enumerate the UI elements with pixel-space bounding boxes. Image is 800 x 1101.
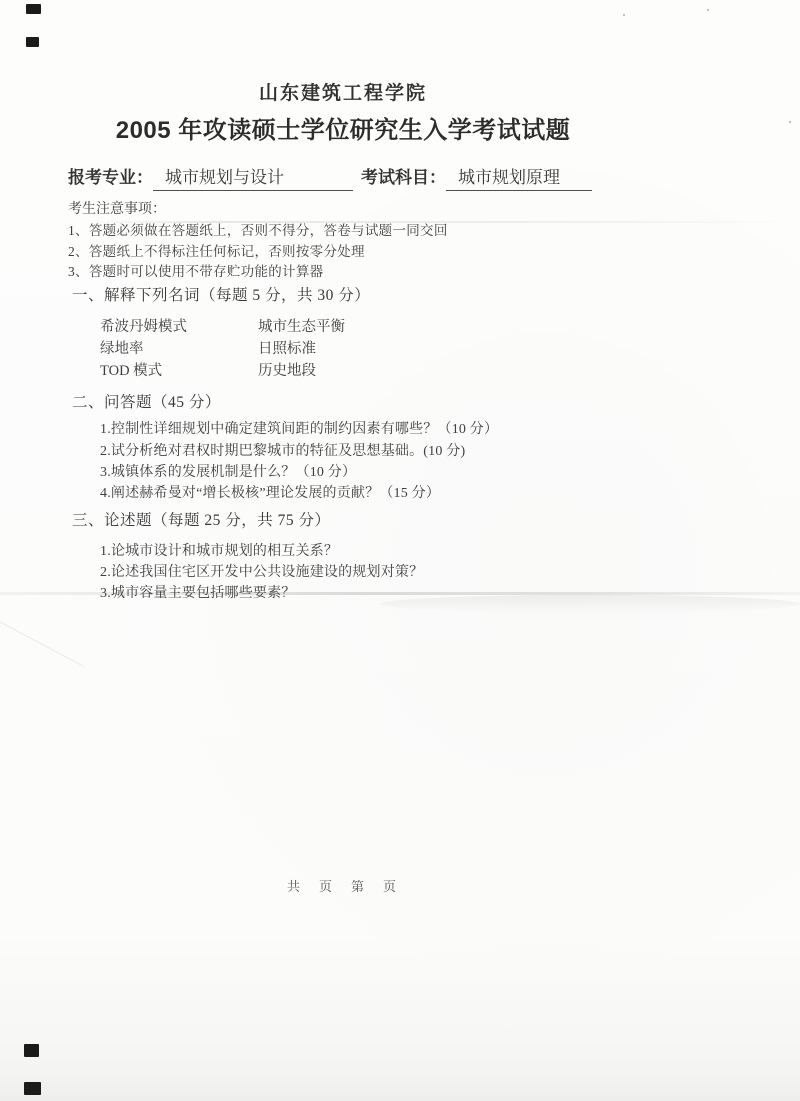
term-item: TOD 模式 [100, 359, 162, 380]
dust-speck [623, 14, 625, 16]
scan-crease-diagonal [0, 614, 84, 667]
subject-value: 城市规划原理 [446, 163, 592, 191]
scan-smudge [380, 595, 800, 613]
subject-label: 考试科目： [361, 168, 446, 187]
note-item-1: 1、答题必须做在答题纸上，否则不得分，答卷与试题一同交回 [68, 219, 448, 239]
question-item: 1.控制性详细规划中确定建筑间距的制约因素有哪些？（10 分） [100, 418, 498, 438]
exam-title: 2005 年攻读硕士学位研究生入学考试试题 [58, 110, 628, 145]
question-item: 1.论城市设计和城市规划的相互关系？ [100, 540, 338, 560]
question-item: 2.试分析绝对君权时期巴黎城市的特征及思想基础。(10 分) [100, 440, 465, 460]
notes-heading: 考生注意事项： [68, 198, 166, 218]
scan-mark-top-1 [26, 4, 41, 14]
question-item: 4.阐述赫希曼对“增长极核”理论发展的贡献？（15 分） [100, 482, 440, 502]
term-item: 希波丹姆模式 [100, 315, 187, 336]
section-2-heading: 二、问答题（45 分） [72, 390, 221, 412]
page-footer: 共 页 第 页 [68, 876, 618, 895]
term-item: 历史地段 [258, 359, 316, 380]
scan-mark-bottom-1 [24, 1044, 39, 1057]
note-item-2: 2、答题纸上不得标注任何标记，否则按零分处理 [68, 240, 365, 260]
major-value: 城市规划与设计 [153, 163, 353, 191]
question-item: 2.论述我国住宅区开发中公共设施建设的规划对策？ [100, 561, 423, 581]
scanned-exam-page: 山东建筑工程学院 2005 年攻读硕士学位研究生入学考试试题 报考专业：城市规划… [0, 0, 800, 1101]
question-item: 3.城镇体系的发展机制是什么？（10 分） [100, 461, 356, 481]
scan-mark-bottom-2 [24, 1082, 41, 1095]
note-item-3: 3、答题时可以使用不带存贮功能的计算器 [68, 260, 323, 280]
term-item: 绿地率 [100, 337, 144, 358]
section-1-heading: 一、解释下列名词（每题 5 分，共 30 分） [72, 283, 370, 305]
major-label: 报考专业： [68, 168, 153, 187]
dust-speck [789, 121, 791, 123]
term-item: 日照标准 [258, 337, 316, 358]
dust-speck [707, 9, 709, 11]
institution-title: 山东建筑工程学院 [68, 78, 618, 105]
question-item: 3.城市容量主要包括哪些要素？ [100, 582, 296, 602]
term-item: 城市生态平衡 [258, 315, 345, 336]
section-3-heading: 三、论述题（每题 25 分，共 75 分） [72, 508, 331, 530]
scan-mark-top-2 [26, 37, 39, 47]
exam-meta-row: 报考专业：城市规划与设计考试科目：城市规划原理 [68, 163, 688, 191]
